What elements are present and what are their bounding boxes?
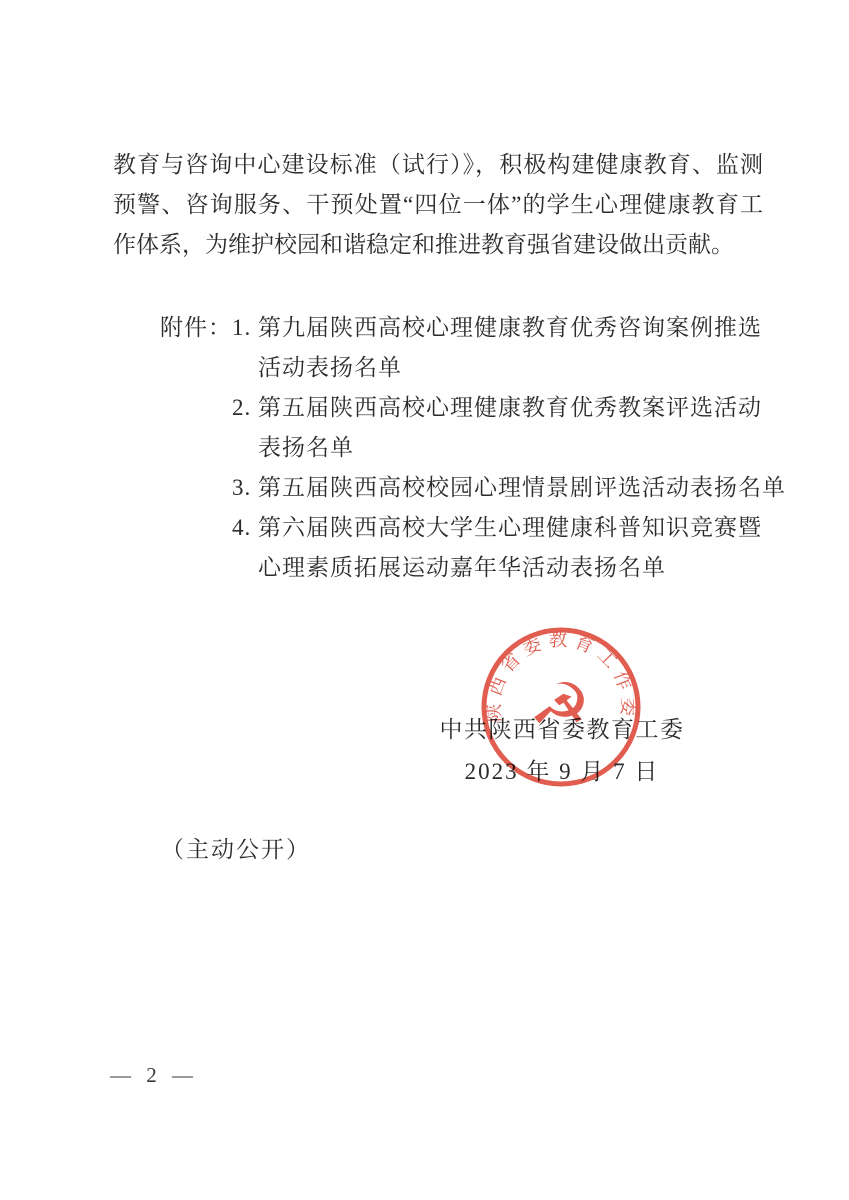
attachment-item-line: 活动表扬名单: [258, 348, 762, 388]
attachment-items: 1. 第九届陕西高校心理健康教育优秀咨询案例推选 活动表扬名单 2. 第五届陕西…: [232, 308, 786, 588]
attachment-item-text: 第九届陕西高校心理健康教育优秀咨询案例推选 活动表扬名单: [258, 308, 762, 388]
attachment-item-2: 2. 第五届陕西高校心理健康教育优秀教案评选活动 表扬名单: [232, 388, 786, 468]
attachment-item-number: 1.: [232, 308, 258, 388]
attachment-item-3: 3. 第五届陕西高校校园心理情景剧评选活动表扬名单: [232, 468, 786, 508]
document-page: 教育与咨询中心建设标准（试行）》，积极构建健康教育、监测 预警、咨询服务、干预处…: [0, 0, 849, 1200]
attachment-item-line: 心理素质拓展运动嘉年华活动表扬名单: [258, 548, 762, 588]
attachment-item-number: 3.: [232, 468, 258, 508]
signature-block: 中共陕西省委教育工委 2023 年 9 月 7 日: [380, 709, 744, 793]
attachment-item-text: 第五届陕西高校心理健康教育优秀教案评选活动 表扬名单: [258, 388, 762, 468]
attachment-item-line: 表扬名单: [258, 428, 762, 468]
body-paragraph: 教育与咨询中心建设标准（试行）》，积极构建健康教育、监测 预警、咨询服务、干预处…: [113, 145, 763, 265]
body-line-2: 预警、咨询服务、干预处置“四位一体”的学生心理健康教育工: [113, 185, 763, 225]
attachment-item-text: 第五届陕西高校校园心理情景剧评选活动表扬名单: [258, 468, 786, 508]
attachment-item-line: 第九届陕西高校心理健康教育优秀咨询案例推选: [258, 308, 762, 348]
disclosure-note: （主动公开）: [161, 836, 311, 864]
issue-date: 2023 年 9 月 7 日: [380, 751, 744, 793]
seal-ring-text: 中共陕西省委教育工作委员会: [476, 622, 638, 723]
attachment-item-number: 4.: [232, 508, 258, 588]
attachment-list: 附件： 1. 第九届陕西高校心理健康教育优秀咨询案例推选 活动表扬名单 2. 第…: [160, 308, 786, 588]
body-line-1: 教育与咨询中心建设标准（试行）》，积极构建健康教育、监测: [113, 145, 763, 185]
body-line-3: 作体系，为维护校园和谐稳定和推进教育强省建设做出贡献。: [113, 225, 763, 265]
attachment-item-text: 第六届陕西高校大学生心理健康科普知识竞赛暨 心理素质拓展运动嘉年华活动表扬名单: [258, 508, 762, 588]
page-number: — 2 —: [110, 1062, 198, 1088]
attachment-item-1: 1. 第九届陕西高校心理健康教育优秀咨询案例推选 活动表扬名单: [232, 308, 786, 388]
attachment-label: 附件：: [160, 308, 232, 588]
attachment-item-line: 第六届陕西高校大学生心理健康科普知识竞赛暨: [258, 508, 762, 548]
attachment-item-4: 4. 第六届陕西高校大学生心理健康科普知识竞赛暨 心理素质拓展运动嘉年华活动表扬…: [232, 508, 786, 588]
attachment-item-number: 2.: [232, 388, 258, 468]
attachment-item-line: 第五届陕西高校校园心理情景剧评选活动表扬名单: [258, 468, 786, 508]
attachment-item-line: 第五届陕西高校心理健康教育优秀教案评选活动: [258, 388, 762, 428]
issuing-organization: 中共陕西省委教育工委: [380, 709, 744, 751]
